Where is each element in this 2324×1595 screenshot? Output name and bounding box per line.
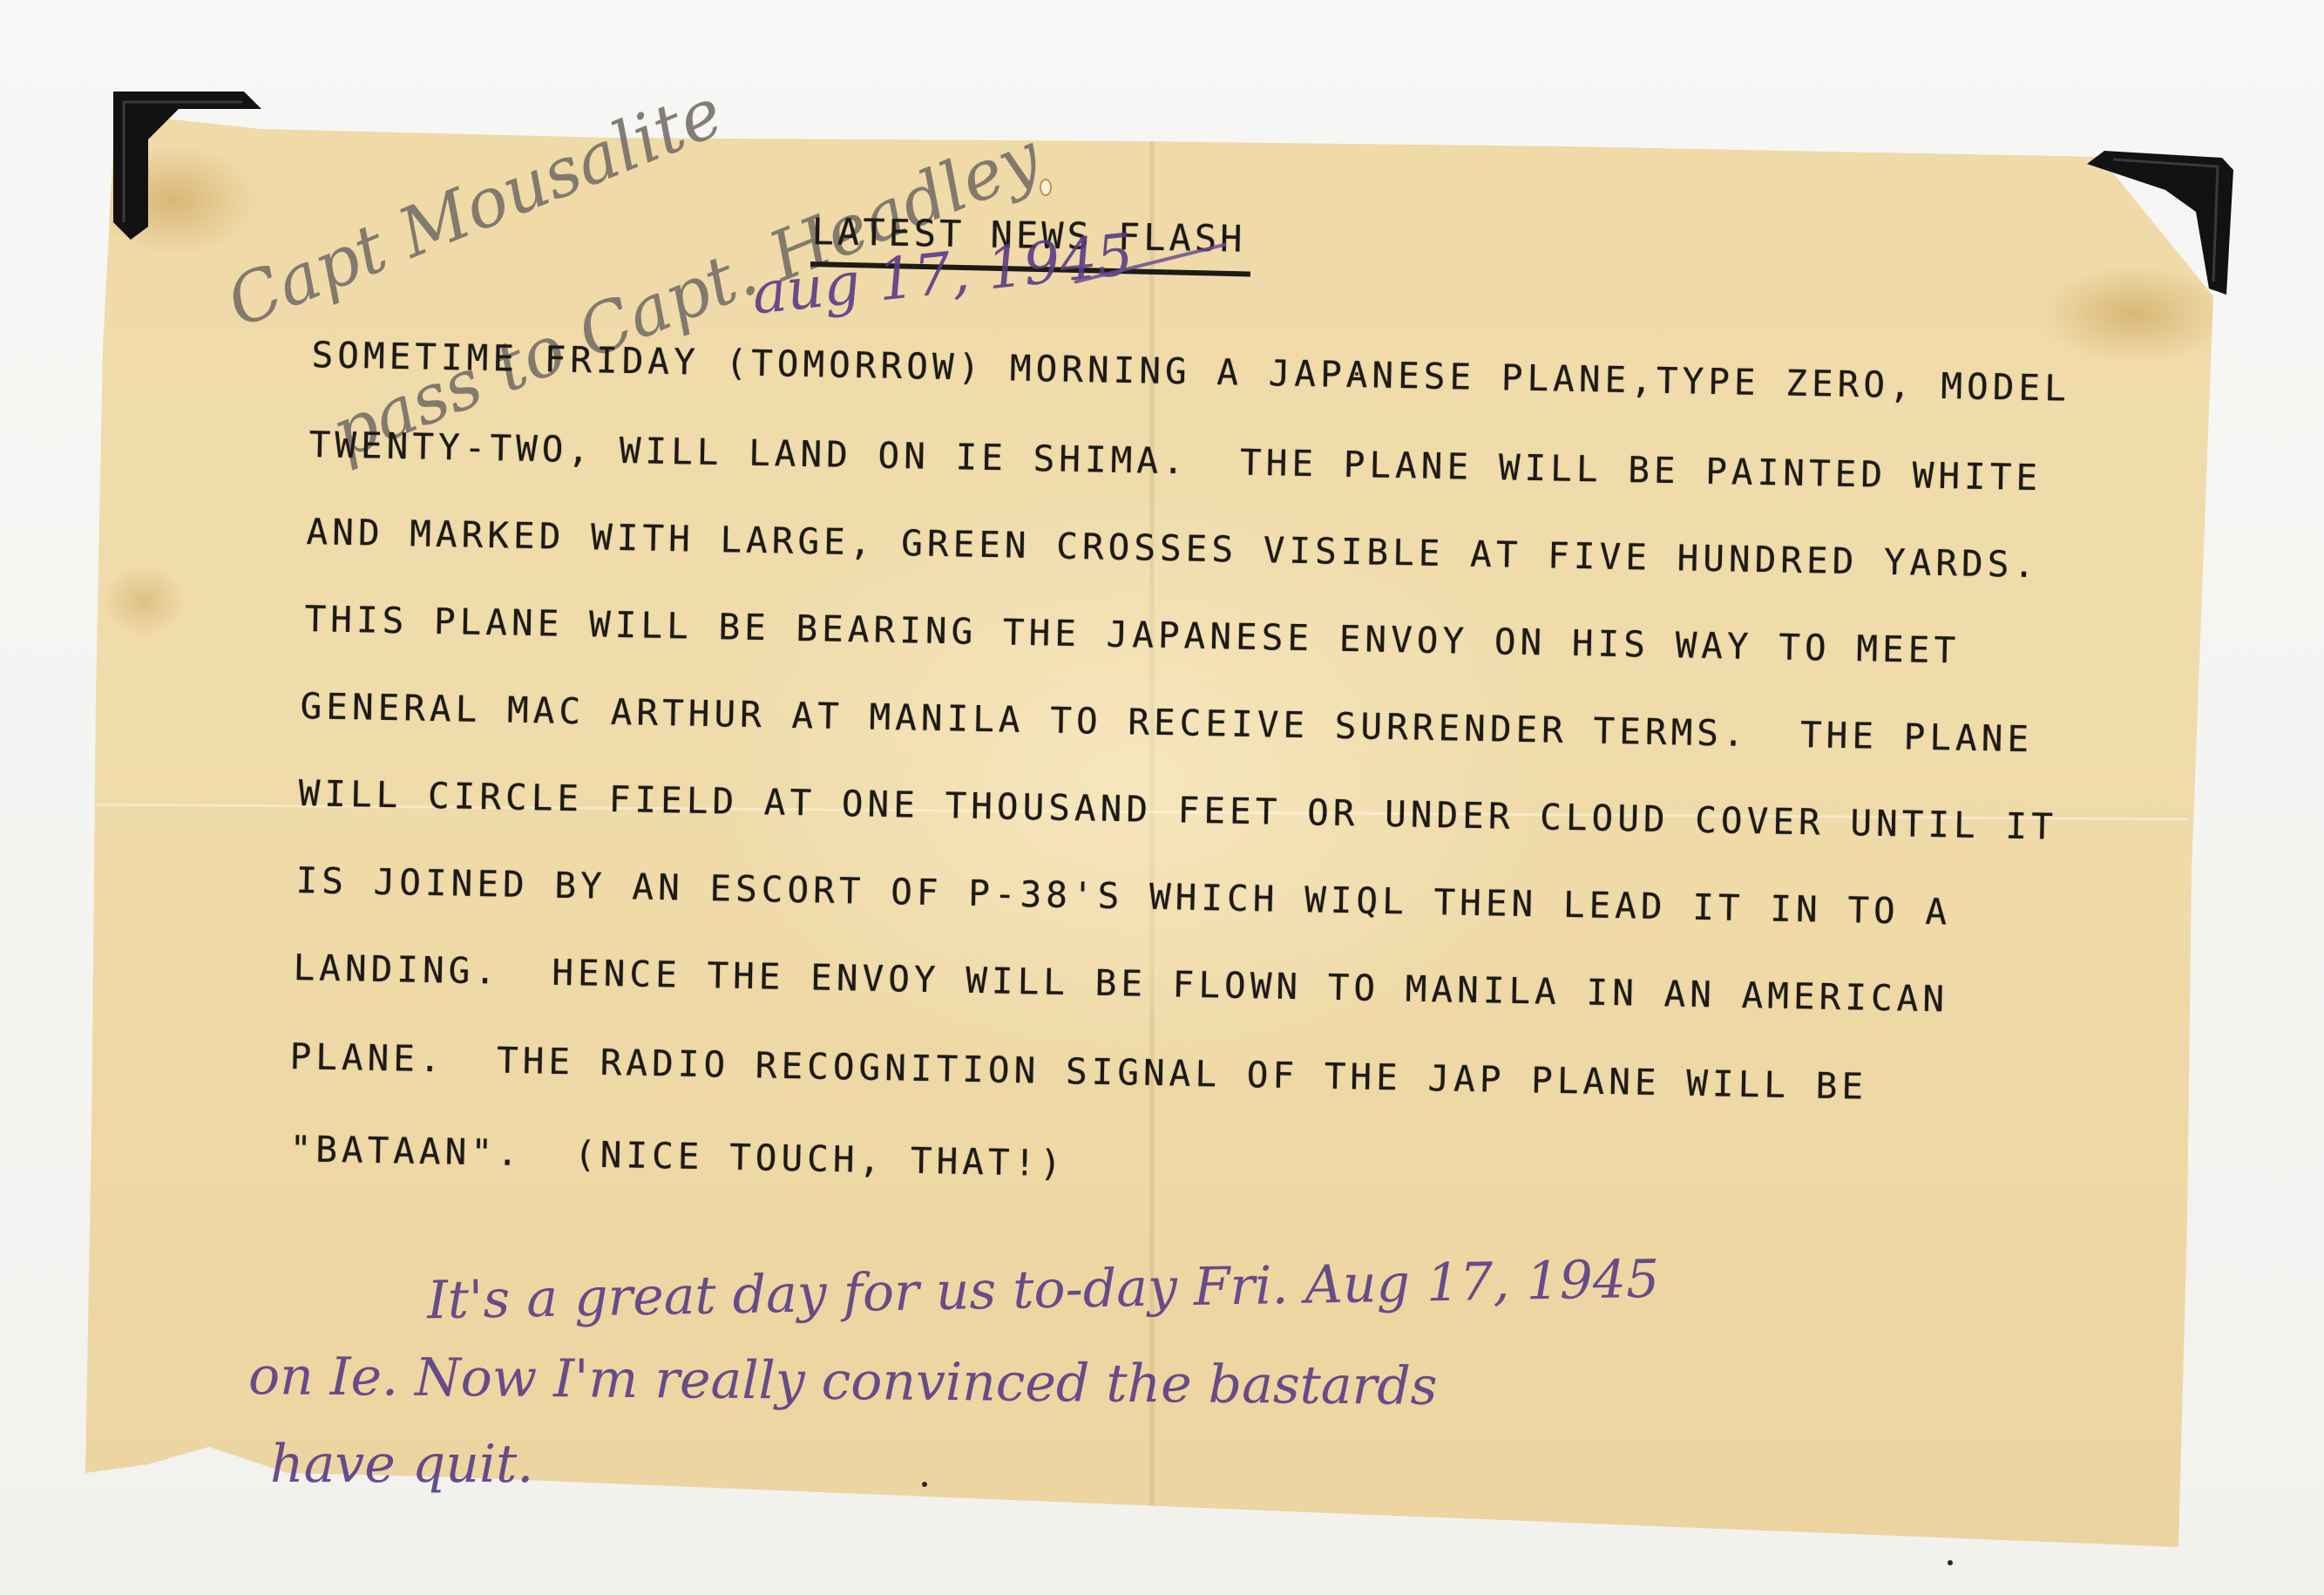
paper-speck bbox=[1355, 372, 1358, 376]
background-speck bbox=[1948, 1560, 1953, 1565]
scan-background: Capt Mousalite pass to Capt. Headley LAT… bbox=[0, 0, 2324, 1595]
photo-corner-top-right-icon bbox=[2087, 151, 2235, 299]
handwritten-note-line-3: have quit. bbox=[270, 1438, 533, 1490]
paper-speck bbox=[922, 1482, 927, 1487]
handwritten-note-line-2: on Ie. Now I'm really convinced the bast… bbox=[248, 1350, 1438, 1413]
photo-corner-top-left-icon bbox=[113, 92, 261, 240]
